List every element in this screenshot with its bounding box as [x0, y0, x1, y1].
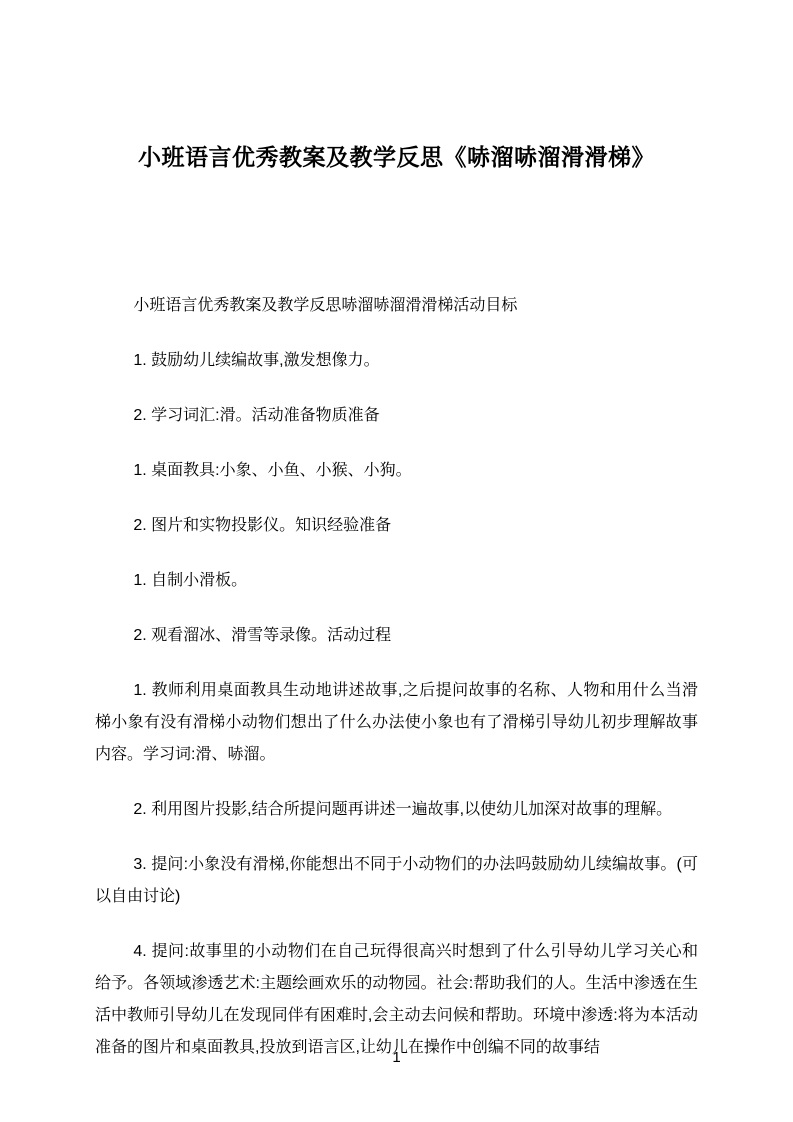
paragraph: 3. 提问:小象没有滑梯,你能想出不同于小动物们的办法吗鼓励幼儿续编故事。(可以… — [95, 849, 698, 913]
document-page: 小班语言优秀教案及教学反思《哧溜哧溜滑滑梯》 小班语言优秀教案及教学反思哧溜哧溜… — [0, 0, 793, 1122]
paragraph: 4. 提问:故事里的小动物们在自己玩得很高兴时想到了什么引导幼儿学习关心和给予。… — [95, 936, 698, 1064]
paragraph: 2. 观看溜冰、滑雪等录像。活动过程 — [95, 620, 698, 652]
paragraph: 小班语言优秀教案及教学反思哧溜哧溜滑滑梯活动目标 — [95, 290, 698, 322]
page-number: 1 — [0, 1048, 793, 1068]
document-title: 小班语言优秀教案及教学反思《哧溜哧溜滑滑梯》 — [0, 0, 793, 173]
paragraph: 1. 自制小滑板。 — [95, 565, 698, 597]
paragraph: 1. 桌面教具:小象、小鱼、小猴、小狗。 — [95, 455, 698, 487]
paragraph: 1. 鼓励幼儿续编故事,激发想像力。 — [95, 345, 698, 377]
paragraph: 1. 教师利用桌面教具生动地讲述故事,之后提问故事的名称、人物和用什么当滑梯小象… — [95, 675, 698, 771]
paragraph: 2. 利用图片投影,结合所提问题再讲述一遍故事,以使幼儿加深对故事的理解。 — [95, 794, 698, 826]
paragraph: 2. 图片和实物投影仪。知识经验准备 — [95, 510, 698, 542]
document-body: 小班语言优秀教案及教学反思哧溜哧溜滑滑梯活动目标1. 鼓励幼儿续编故事,激发想像… — [95, 290, 698, 1064]
paragraph: 2. 学习词汇:滑。活动准备物质准备 — [95, 400, 698, 432]
